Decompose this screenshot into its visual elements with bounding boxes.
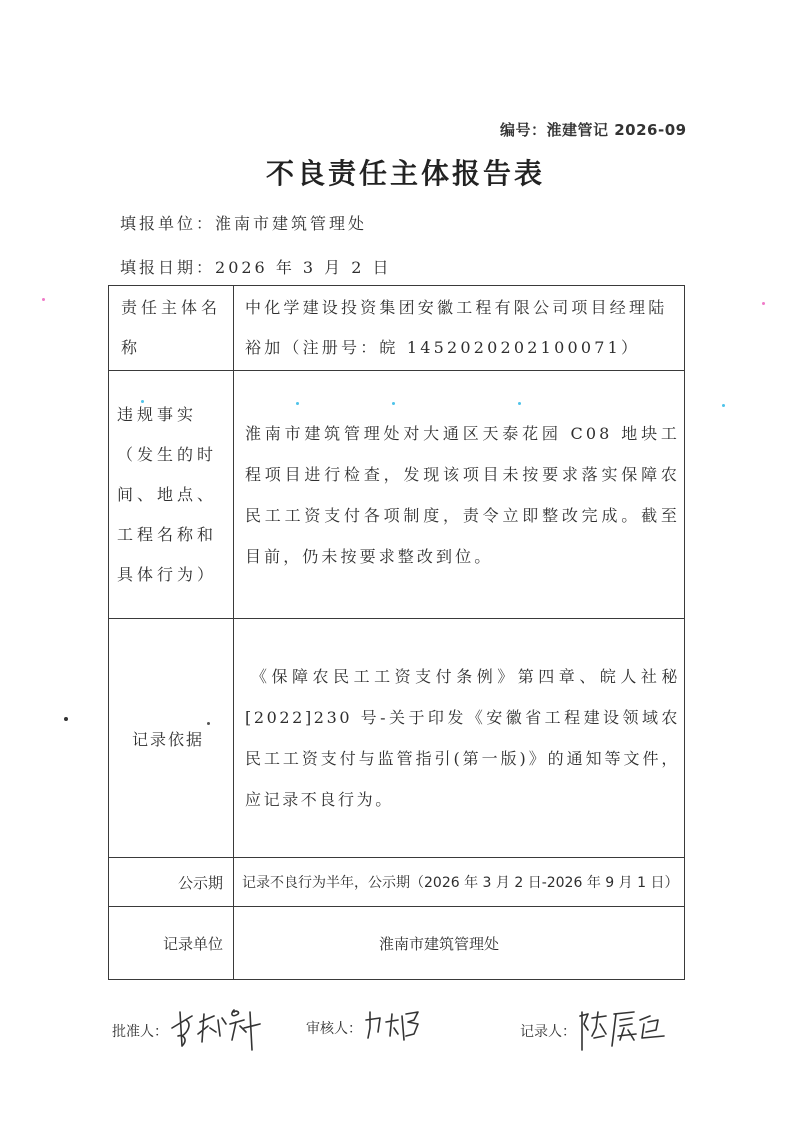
report-table: 责任主体名称 中化学建设投资集团安徽工程有限公司项目经理陆裕加（注册号：皖 14… [108, 285, 685, 980]
approver-signature-icon [170, 1006, 270, 1056]
publicity-label: 公示期 [109, 858, 234, 907]
entity-label: 责任主体名称 [109, 286, 234, 371]
basis-label: 记录依据 [109, 619, 234, 858]
reporting-date-label: 填报日期： [120, 258, 215, 277]
reviewer-signature-block: 审核人： [306, 1006, 434, 1050]
table-row-entity: 责任主体名称 中化学建设投资集团安徽工程有限公司项目经理陆裕加（注册号：皖 14… [109, 286, 685, 371]
scan-speck [722, 404, 725, 407]
recorder-label: 记录人： [520, 1021, 576, 1041]
scan-speck [518, 402, 521, 405]
document-number: 编号：淮建管记 2026-09 [500, 119, 687, 140]
reporting-date-value: 2026 年 3 月 2 日 [215, 258, 392, 277]
table-row-recorder-unit: 记录单位 淮南市建筑管理处 [109, 907, 685, 980]
facts-label-line: 具体行为） [117, 555, 233, 595]
reviewer-signature-icon [364, 1006, 434, 1050]
facts-label-line: 工程名称和 [117, 515, 233, 555]
facts-label-line: 间、地点、 [117, 475, 233, 515]
scan-speck [64, 717, 68, 721]
reporting-unit: 填报单位：淮南市建筑管理处 [120, 211, 367, 234]
facts-value: 淮南市建筑管理处对大通区天泰花园 C08 地块工程项目进行检查，发现该项目未按要… [234, 371, 685, 619]
table-row-facts: 违规事实 （发生的时 间、地点、 工程名称和 具体行为） 淮南市建筑管理处对大通… [109, 371, 685, 619]
entity-value: 中化学建设投资集团安徽工程有限公司项目经理陆裕加（注册号：皖 145202020… [234, 286, 685, 371]
scan-speck [141, 400, 144, 403]
basis-value: 《保障农民工工资支付条例》第四章、皖人社秘[2022]230 号-关于印发《安徽… [234, 619, 685, 858]
recorder-signature-icon [578, 1006, 668, 1056]
reviewer-label: 审核人： [306, 1018, 362, 1038]
scan-speck [762, 302, 765, 305]
approver-label: 批准人： [112, 1021, 168, 1041]
document-title: 不良责任主体报告表 [0, 152, 793, 192]
scan-speck [392, 402, 395, 405]
facts-label-line: （发生的时 [117, 435, 233, 475]
publicity-value: 记录不良行为半年，公示期（2026 年 3 月 2 日-2026 年 9 月 1… [234, 858, 685, 907]
recorder-unit-label: 记录单位 [109, 907, 234, 980]
scan-speck [42, 298, 45, 301]
reporting-date: 填报日期：2026 年 3 月 2 日 [120, 255, 392, 278]
facts-label: 违规事实 （发生的时 间、地点、 工程名称和 具体行为） [109, 371, 234, 619]
table-row-publicity: 公示期 记录不良行为半年，公示期（2026 年 3 月 2 日-2026 年 9… [109, 858, 685, 907]
recorder-unit-value: 淮南市建筑管理处 [234, 907, 685, 980]
facts-label-line: 违规事实 [117, 395, 233, 435]
reporting-unit-label: 填报单位： [120, 214, 215, 233]
table-row-basis: 记录依据 《保障农民工工资支付条例》第四章、皖人社秘[2022]230 号-关于… [109, 619, 685, 858]
approver-signature-block: 批准人： [112, 1006, 270, 1056]
signature-area: 批准人： 审核人： 记录人： [0, 998, 793, 1048]
scan-speck [207, 722, 210, 725]
scan-speck [296, 402, 299, 405]
recorder-signature-block: 记录人： [520, 1006, 668, 1056]
reporting-unit-value: 淮南市建筑管理处 [215, 214, 367, 233]
